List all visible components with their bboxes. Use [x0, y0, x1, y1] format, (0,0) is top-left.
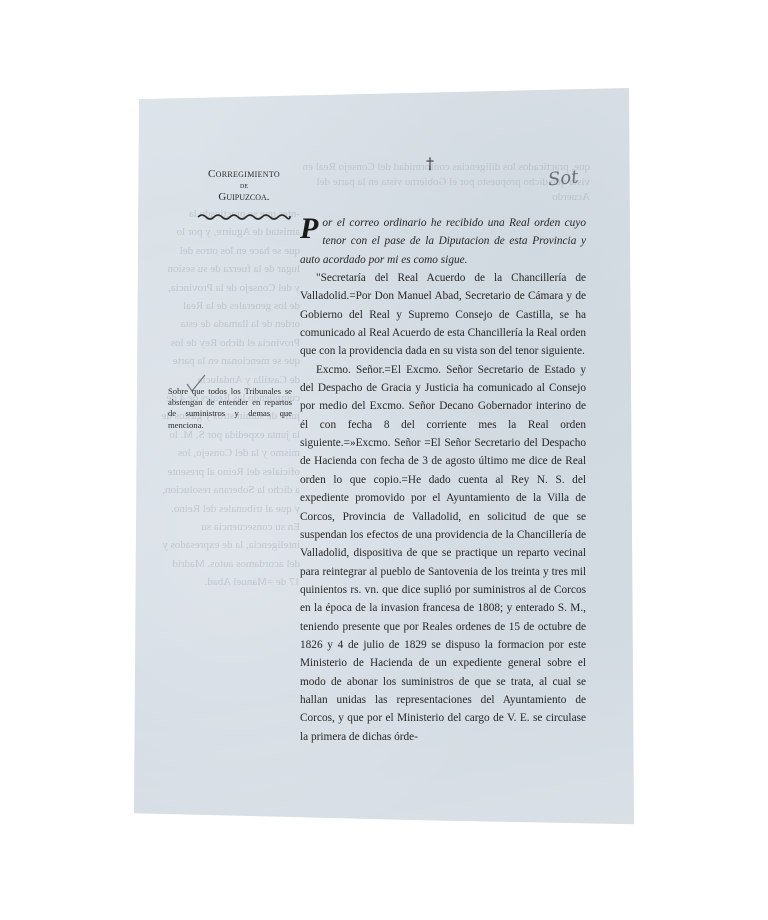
- marginal-note: Sobre que todos los Tribunales se absten…: [168, 386, 292, 431]
- drop-cap: P: [300, 216, 318, 242]
- cross-icon: †: [426, 154, 434, 173]
- bleed-through-text-margin: -ntes que se practicado la amistad de Ag…: [160, 205, 300, 745]
- bleed-through-text-top: que, practicados los diligencias conform…: [300, 160, 590, 210]
- intro-paragraph: Por el correo ordinario he recibido una …: [300, 214, 586, 269]
- intro-text: or el correo ordinario he recibido una R…: [300, 217, 586, 266]
- document-body: Por el correo ordinario he recibido una …: [300, 214, 586, 746]
- handwritten-annotation: Sot: [547, 166, 579, 190]
- body-paragraph-1: "Secretaría del Real Acuerdo de la Chanc…: [300, 269, 586, 361]
- header-line-de: de: [198, 181, 290, 190]
- header-line-guipuzcoa: Guipuzcoa.: [198, 191, 290, 203]
- body-paragraph-2: Excmo. Señor.=El Excmo. Señor Secretario…: [300, 361, 586, 746]
- document-header: Corregimiento de Guipuzcoa.: [198, 168, 290, 203]
- header-line-corregimiento: Corregimiento: [198, 168, 290, 180]
- wavy-rule-ornament-icon: [196, 212, 292, 220]
